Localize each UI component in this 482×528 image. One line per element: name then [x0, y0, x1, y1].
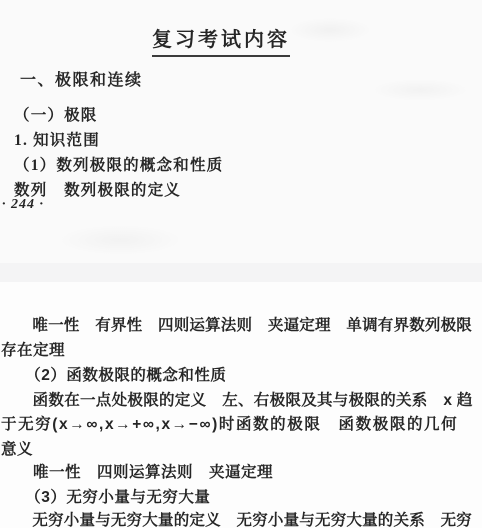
page-title: 复习考试内容: [152, 23, 290, 57]
text-line-existence-theorem: 存在定理: [1, 338, 65, 360]
toc-line-sequence-limit-concept: （1）数列极限的概念和性质: [14, 153, 223, 175]
page-number: · 244 ·: [2, 197, 44, 213]
page-gap-band: [0, 263, 482, 282]
text-line-geometric-meaning: 意义: [1, 437, 33, 459]
text-line-infinitesimal-definition: 无穷小量与无穷大量的定义 无穷小量与无穷大量的关系 无穷: [1, 508, 472, 528]
text-line-function-limit-definition: 函数在一点处极限的定义 左、右极限及其与极限的关系 x 趋: [1, 388, 473, 410]
text-line-uniqueness-boundedness: 唯一性 有界性 四则运算法则 夹逼定理 单调有界数列极限: [1, 313, 472, 335]
toc-line-knowledge-scope: 1. 知识范围: [14, 128, 100, 150]
text-line-infinitesimal-heading: （3）无穷小量与无穷大量: [1, 485, 210, 507]
text-line-function-limit-concept: （2）函数极限的概念和性质: [1, 363, 226, 385]
toc-line-limit: （一）极限: [14, 103, 98, 125]
scanned-book-page: 复习考试内容 一、极限和连续 （一）极限 1. 知识范围 （1）数列极限的概念和…: [0, 0, 482, 528]
text-line-limit-at-infinity: 于无穷(x→∞,x→+∞,x→−∞)时函数的极限 函数极限的几何: [1, 412, 458, 434]
section-heading-limits-continuity: 一、极限和连续: [20, 67, 143, 90]
text-line-uniqueness-rules: 唯一性 四则运算法则 夹逼定理: [1, 460, 273, 482]
